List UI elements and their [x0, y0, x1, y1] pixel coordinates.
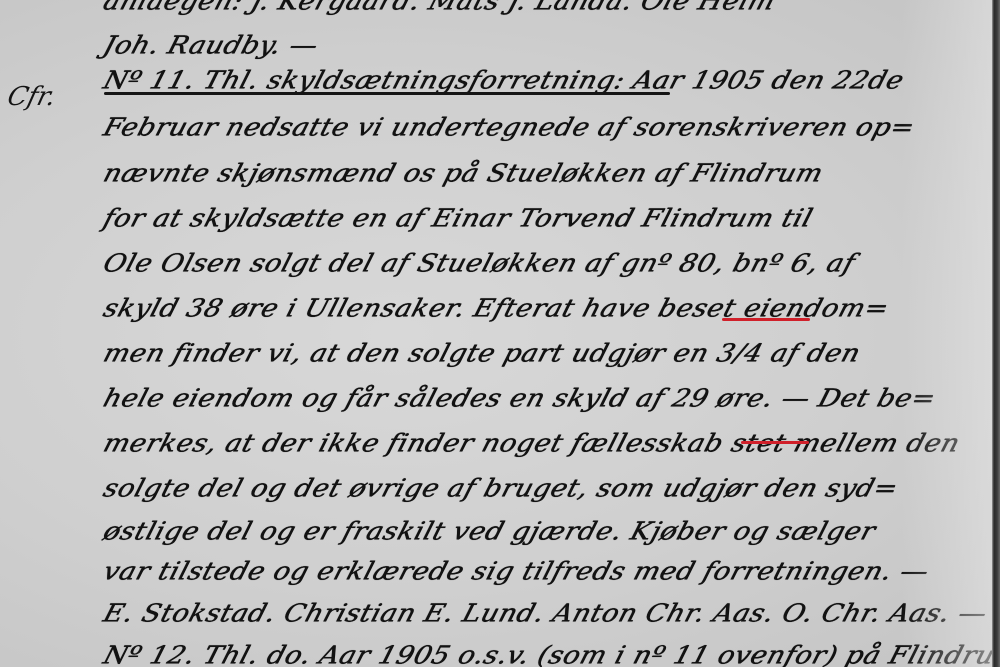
entry-12-heading-line: Nº 12. Thl. do. Aar 1905 o.s.v. (som i n…	[100, 641, 992, 667]
text-line-5: nævnte skjønsmænd os på Stueløkken af Fl…	[100, 159, 827, 188]
text-line-4: Februar nedsatte vi undertegnede af sore…	[100, 113, 918, 142]
text-line-9: men finder vi, at den solgte part udgjør…	[100, 339, 864, 368]
text-line-2: Joh. Raudby. —	[100, 31, 322, 60]
signatures-line: E. Stokstad. Christian E. Lund. Anton Ch…	[100, 599, 991, 628]
red-underline-stet	[741, 441, 809, 444]
margin-note: Cfr.	[4, 82, 59, 112]
text-line-7: Ole Olsen solgt del af Stueløkken af gnº…	[100, 249, 859, 278]
heading-underline	[104, 92, 670, 95]
red-underline-beset	[722, 318, 810, 321]
entry-11-heading-line: Nº 11. Thl. skyldsætningsforretning: Aar…	[100, 66, 907, 95]
text-line-13: østlige del og er fraskilt ved gjærde. K…	[100, 517, 879, 546]
document-page: Cfr. anlaegen: J. Kergaard. Mats J. Land…	[0, 0, 992, 667]
text-line-11: merkes, at der ikke finder noget fælless…	[100, 429, 963, 458]
text-line-10: hele eiendom og får således en skyld af …	[100, 384, 939, 413]
text-line-6: for at skyldsætte en af Einar Torvend Fl…	[100, 204, 816, 233]
page-edge	[992, 0, 1000, 667]
text-line-14: var tilstede og erklærede sig tilfreds m…	[100, 557, 932, 586]
text-line-12: solgte del og det øvrige af bruget, som …	[100, 474, 901, 503]
text-line-1: anlaegen: J. Kergaard. Mats J. Landa. Ol…	[100, 0, 779, 16]
